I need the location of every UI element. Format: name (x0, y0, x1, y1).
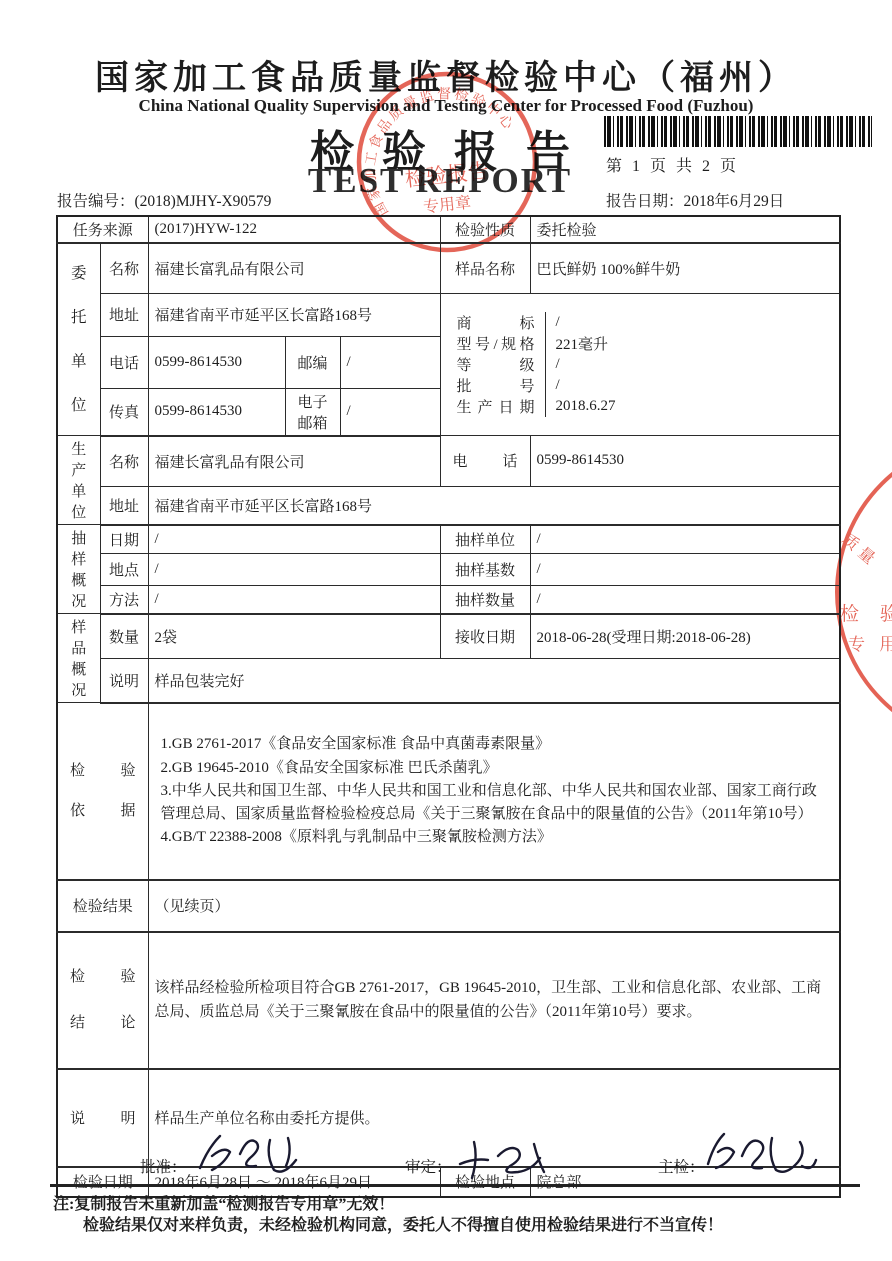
client-addr-label: 地址 (100, 293, 148, 336)
basis-line: 3.中华人民共和国卫生部、中华人民共和国工业和信息化部、中华人民共和国农业部、国… (161, 780, 822, 825)
footer-note-2: 检验结果仅对来样负责，未经检验机构同意，委托人不得擅自使用检验结果进行不当宣传！ (83, 1212, 723, 1235)
trademark-label: 商 标 (457, 312, 535, 333)
production-date-label: 生产日期 (457, 396, 535, 417)
approve-label: 批准： (140, 1155, 187, 1177)
grade-value: / (545, 354, 834, 375)
footer-note-1: 注:复制报告未重新加盖“检测报告专用章”无效！ (53, 1191, 394, 1214)
sampling-date-label: 日期 (100, 525, 148, 554)
sample-qty-value: 2袋 (148, 614, 440, 659)
sample-name-value: 巴氏鲜奶 100%鲜牛奶 (530, 243, 840, 293)
model-spec-value: 221毫升 (545, 333, 834, 354)
review-label: 审定： (405, 1155, 452, 1177)
report-table: 任务来源 (2017)HYW-122 检验性质 委托检验 委 托 单 位 名称 … (56, 215, 841, 1198)
producer-tel-label: 电 话 (440, 436, 530, 487)
client-fax-value: 0599-8614530 (148, 388, 285, 436)
basis-line: 2.GB 19645-2010《食品安全国家标准 巴氏杀菌乳》 (161, 757, 822, 780)
sample-prop-row: 型号/规格 221毫升 (447, 333, 834, 354)
sample-qty-label: 数量 (100, 614, 148, 659)
basis-line: 4.GB/T 22388-2008《原料乳与乳制品中三聚氰胺检测方法》 (161, 826, 822, 849)
client-email-value: / (340, 388, 440, 436)
note-label: 说 明 (57, 1069, 148, 1167)
producer-addr-label: 地址 (100, 486, 148, 524)
report-number-line: 报告编号：(2018)MJHY-X90579 (57, 189, 271, 211)
basis-line: 1.GB 2761-2017《食品安全国家标准 食品中真菌毒素限量》 (161, 733, 822, 756)
client-name-label: 名称 (100, 243, 148, 293)
approver-signature (192, 1128, 307, 1186)
inspect-label: 主检： (658, 1155, 705, 1177)
conclusion-value: 该样品经检验所检项目符合GB 2761-2017，GB 19645-2010，卫… (148, 932, 840, 1069)
stamp-line1: 检验报告 (404, 159, 490, 192)
producer-addr-value: 福建省南平市延平区长富路168号 (148, 486, 840, 524)
sample-prop-row: 商 标 / (447, 312, 834, 333)
client-tel-value: 0599-8614530 (148, 336, 285, 388)
report-date-label: 报告日期： (606, 193, 684, 210)
sampling-date-value: / (148, 525, 440, 554)
grade-label: 等 级 (457, 354, 535, 375)
sampling-unit-value: / (530, 525, 840, 554)
sampling-section-label: 抽样 概况 (57, 525, 100, 614)
client-email-label: 电子 邮箱 (285, 388, 340, 436)
sampling-place-value: / (148, 554, 440, 585)
sampling-base-value: / (530, 554, 840, 585)
receive-date-label: 接收日期 (440, 614, 530, 659)
sample-prop-row: 等 级 / (447, 354, 834, 375)
model-spec-label: 型号/规格 (457, 333, 535, 354)
sample-prop-row: 生产日期 2018.6.27 (447, 396, 834, 417)
page-number: 第 1 页 共 2 页 (606, 153, 739, 176)
edge-stamp-line1: 检 验 (840, 603, 892, 625)
nature-label: 检验性质 (440, 216, 530, 243)
task-source-label: 任务来源 (57, 216, 148, 243)
sampling-method-label: 方法 (100, 585, 148, 613)
test-report-page: 国家加工食品质量监督检验中心（福州） China National Qualit… (0, 0, 892, 1261)
client-zip-label: 邮编 (285, 336, 340, 388)
edge-stamp-arc-text: 质量 (838, 530, 882, 571)
sampling-place-label: 地点 (100, 554, 148, 585)
sample-name-label: 样品名称 (440, 243, 530, 293)
sampling-qty-value: / (530, 585, 840, 613)
report-number-value: (2018)MJHY-X90579 (135, 193, 272, 210)
result-value: （见续页） (148, 880, 840, 932)
report-date-line: 报告日期：2018年6月29日 (606, 189, 784, 211)
trademark-value: / (545, 312, 834, 333)
sample-overview-section-label: 样品 概况 (57, 614, 100, 703)
task-source-value: (2017)HYW-122 (148, 216, 440, 243)
batch-label: 批 号 (457, 375, 535, 396)
edge-stamp-line2: 专 用 (848, 635, 892, 654)
sample-desc-label: 说明 (100, 659, 148, 703)
client-tel-label: 电话 (100, 336, 148, 388)
producer-name-label: 名称 (100, 436, 148, 487)
sampling-method-value: / (148, 585, 440, 613)
client-fax-label: 传真 (100, 388, 148, 436)
producer-section-label: 生产 单位 (57, 436, 100, 525)
reviewer-signature (452, 1134, 552, 1184)
conclusion-label: 检 验 结 论 (57, 932, 148, 1069)
stamp-line2: 专用章 (422, 193, 472, 217)
client-zip-value: / (340, 336, 440, 388)
report-date-value: 2018年6月29日 (684, 193, 785, 210)
result-label: 检验结果 (57, 880, 148, 932)
client-section-label: 委 托 单 位 (57, 243, 100, 436)
client-addr-value: 福建省南平市延平区长富路168号 (148, 293, 440, 336)
producer-tel-value: 0599-8614530 (530, 436, 840, 487)
sample-props-cell: 商 标 / 型号/规格 221毫升 等 级 / 批 号 / (440, 293, 840, 436)
sample-prop-row: 批 号 / (447, 375, 834, 396)
sampling-base-label: 抽样基数 (440, 554, 530, 585)
inspector-signature (702, 1126, 822, 1186)
footer-divider (50, 1184, 860, 1187)
barcode (604, 116, 872, 147)
basis-section-label: 检 验 依 据 (57, 703, 148, 880)
sampling-unit-label: 抽样单位 (440, 525, 530, 554)
receive-date-value: 2018-06-28(受理日期:2018-06-28) (530, 614, 840, 659)
report-number-label: 报告编号： (57, 193, 135, 210)
sampling-qty-label: 抽样数量 (440, 585, 530, 613)
producer-name-value: 福建长富乳品有限公司 (148, 436, 440, 487)
sample-desc-value: 样品包装完好 (148, 659, 840, 703)
batch-value: / (545, 375, 834, 396)
client-name-value: 福建长富乳品有限公司 (148, 243, 440, 293)
nature-value: 委托检验 (530, 216, 840, 243)
production-date-value: 2018.6.27 (545, 396, 834, 417)
